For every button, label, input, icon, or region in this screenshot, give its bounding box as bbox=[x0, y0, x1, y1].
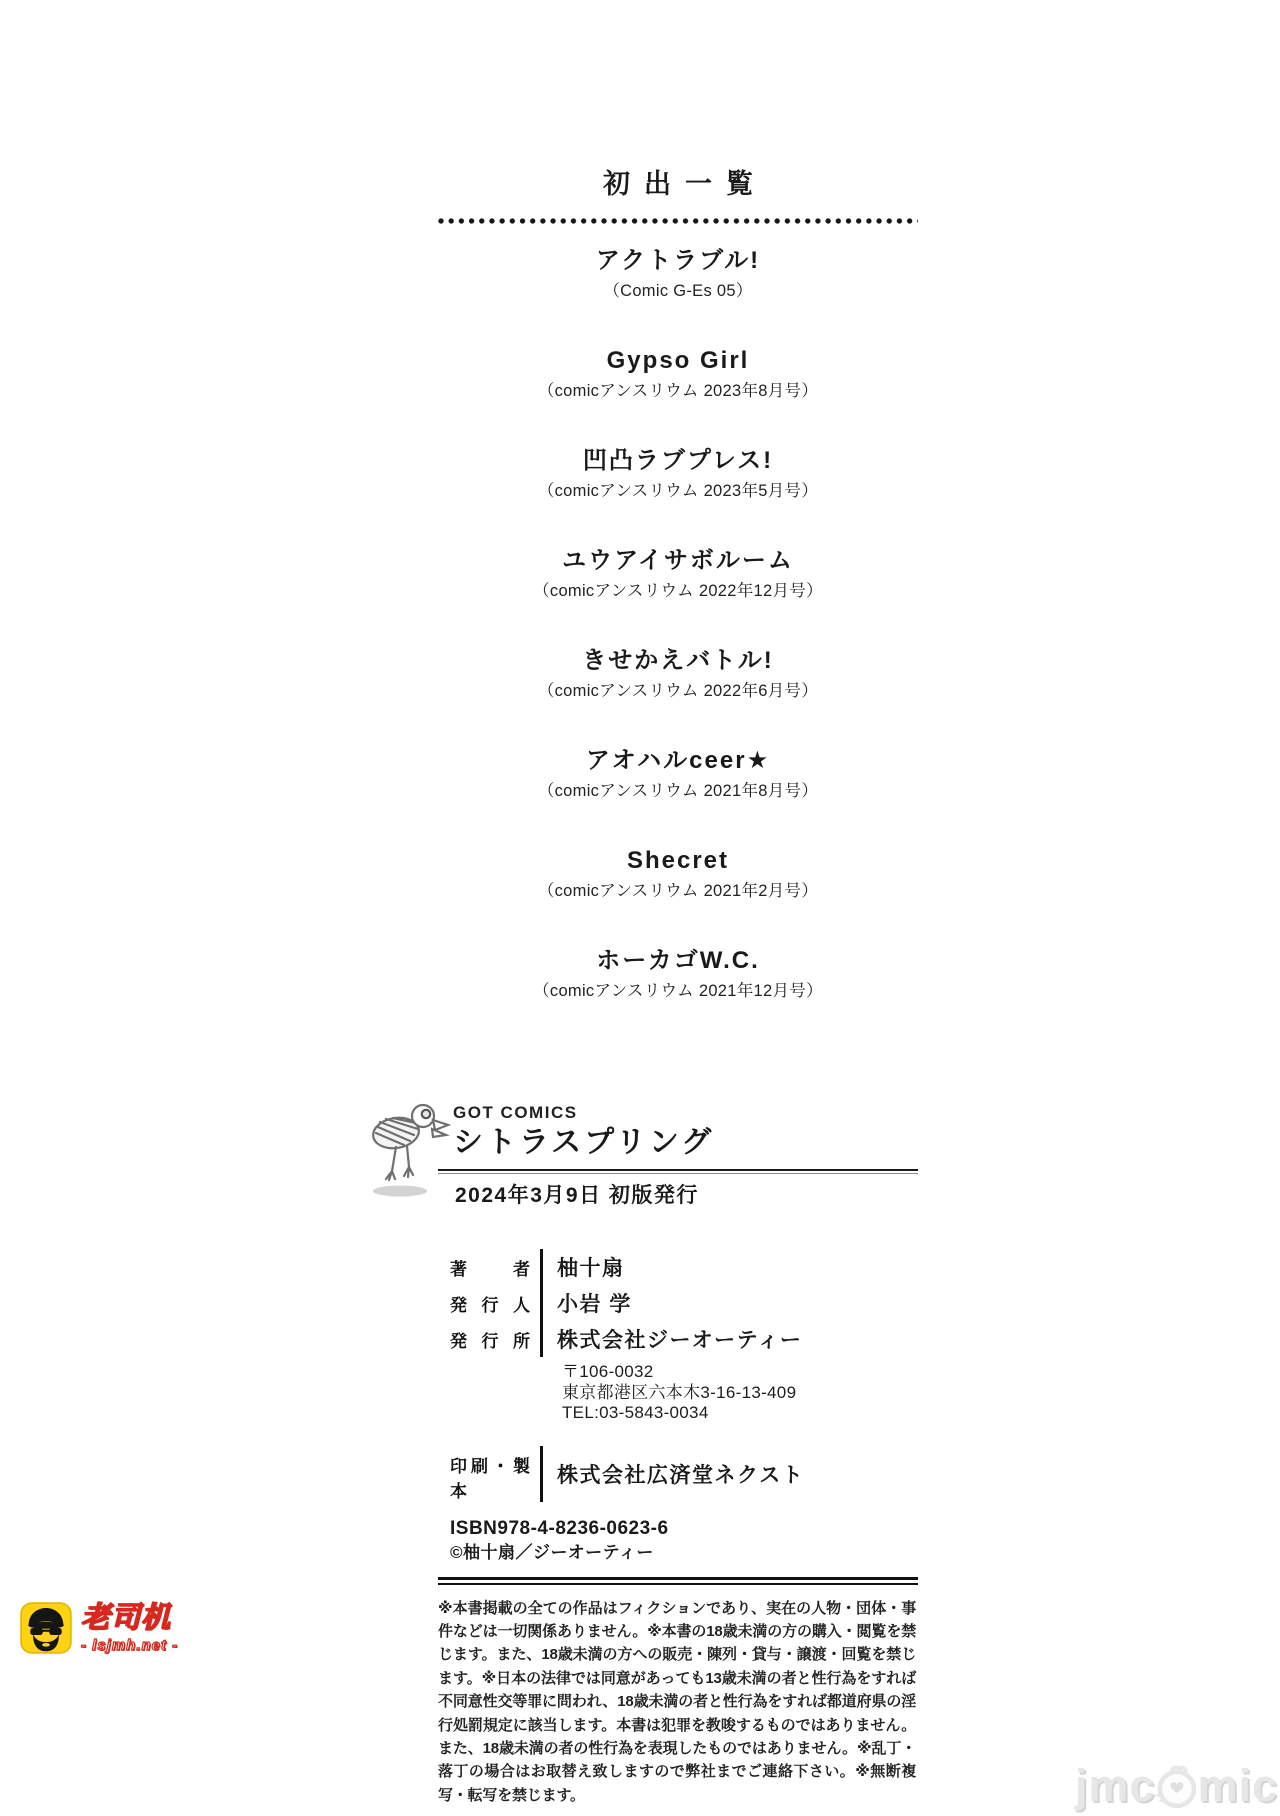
publisher-bird-icon bbox=[366, 1099, 452, 1203]
jmcomic-text-right: mic bbox=[1197, 1760, 1278, 1812]
credit-divider: 株式会社広済堂ネクスト bbox=[540, 1446, 804, 1502]
entry-title: Gypso Girl bbox=[438, 346, 918, 376]
credit-row-printer: 印刷・製本 株式会社広済堂ネクスト bbox=[450, 1446, 918, 1502]
credit-label: 著者 bbox=[450, 1249, 530, 1285]
entry-title: ホーカゴW.C. bbox=[438, 946, 918, 976]
double-rule bbox=[438, 1577, 918, 1585]
entry-source: （comicアンスリウム 2022年12月号） bbox=[438, 580, 918, 602]
entry-title: きせかえバトル! bbox=[438, 646, 918, 676]
entry-source: （comicアンスリウム 2021年12月号） bbox=[438, 980, 918, 1002]
credit-divider: 株式会社ジーオーティー bbox=[540, 1321, 802, 1357]
credit-row-author: 著者 柚十扇 bbox=[450, 1249, 918, 1285]
entry-source: （comicアンスリウム 2021年2月号） bbox=[438, 880, 918, 902]
credit-divider: 小岩 学 bbox=[540, 1285, 632, 1321]
credit-value: 株式会社広済堂ネクスト bbox=[557, 1459, 804, 1489]
disclaimer-text: ※本書掲載の全ての作品はフィクションであり、実在の人物・団体・事件などは一切関係… bbox=[438, 1597, 916, 1808]
colophon-header: GOT COMICS シトラスプリング bbox=[438, 1103, 918, 1161]
driver-face-icon bbox=[20, 1602, 72, 1654]
entry-source: （comicアンスリウム 2022年6月号） bbox=[438, 680, 918, 702]
lsjmh-brand-text: 老司机 bbox=[81, 1604, 178, 1633]
list-item: ユウアイサボルーム （comicアンスリウム 2022年12月号） bbox=[438, 546, 918, 602]
scanned-colophon-page: { "list": { "heading": "初出一覧", "entries"… bbox=[0, 0, 1280, 1816]
entry-source: （comicアンスリウム 2021年8月号） bbox=[438, 780, 918, 802]
isbn-number: ISBN978-4-8236-0623-6 bbox=[450, 1518, 918, 1540]
section-heading: 初出一覧 bbox=[438, 168, 918, 200]
credit-value: 株式会社ジーオーティー bbox=[557, 1324, 802, 1354]
jmcomic-text-left: jmc bbox=[1075, 1760, 1156, 1812]
watermark-lsjmh: 老司机 - lsjmh.net - bbox=[20, 1602, 178, 1654]
list-item: Shecret （comicアンスリウム 2021年2月号） bbox=[438, 846, 918, 902]
address-line: 東京都港区六本木3-16-13-409 bbox=[562, 1383, 918, 1404]
watermark-jmcomic: jmc mic bbox=[1075, 1760, 1278, 1812]
address-line: 〒106-0032 bbox=[562, 1362, 918, 1383]
print-date: 2024年3月9日 初版発行 bbox=[455, 1183, 918, 1209]
entry-title: Shecret bbox=[438, 846, 918, 876]
first-publication-list: 初出一覧 アクトラブル! （Comic G-Es 05） Gypso Girl … bbox=[438, 150, 918, 1046]
entry-title: アオハルceer★ bbox=[438, 746, 918, 776]
entry-list: アクトラブル! （Comic G-Es 05） Gypso Girl （comi… bbox=[438, 246, 918, 1002]
list-item: ホーカゴW.C. （comicアンスリウム 2021年12月号） bbox=[438, 946, 918, 1002]
copyright-line: ©柚十扇／ジーオーティー bbox=[450, 1542, 918, 1564]
title-rule bbox=[438, 1169, 918, 1174]
colophon: GOT COMICS シトラスプリング 2024年3月9日 初版発行 著者 柚十… bbox=[438, 1103, 918, 1816]
watermark-lsjmh-texts: 老司机 - lsjmh.net - bbox=[81, 1604, 178, 1653]
credits-table: 著者 柚十扇 発行人 小岩 学 発行所 株式会社ジーオーティー 〒106-003… bbox=[450, 1249, 918, 1502]
entry-title: アクトラブル! bbox=[438, 246, 918, 276]
credit-row-publisher-company: 発行所 株式会社ジーオーティー bbox=[450, 1321, 918, 1357]
imprint-label: GOT COMICS bbox=[453, 1103, 918, 1123]
credit-label: 印刷・製本 bbox=[450, 1446, 530, 1502]
jmcomic-bird-icon bbox=[1153, 1764, 1199, 1810]
entry-source: （comicアンスリウム 2023年8月号） bbox=[438, 380, 918, 402]
address-line: TEL:03-5843-0034 bbox=[562, 1403, 918, 1424]
list-item: アクトラブル! （Comic G-Es 05） bbox=[438, 246, 918, 302]
book-title: シトラスプリング bbox=[453, 1125, 918, 1161]
publisher-address: 〒106-0032 東京都港区六本木3-16-13-409 TEL:03-584… bbox=[562, 1362, 918, 1424]
list-item: アオハルceer★ （comicアンスリウム 2021年8月号） bbox=[438, 746, 918, 802]
credit-value: 小岩 学 bbox=[557, 1288, 632, 1318]
entry-source: （Comic G-Es 05） bbox=[438, 280, 918, 302]
credit-row-publisher-person: 発行人 小岩 学 bbox=[450, 1285, 918, 1321]
credit-divider: 柚十扇 bbox=[540, 1249, 625, 1285]
list-item: Gypso Girl （comicアンスリウム 2023年8月号） bbox=[438, 346, 918, 402]
entry-title: 凹凸ラブプレス! bbox=[438, 446, 918, 476]
dotted-divider bbox=[438, 218, 918, 224]
list-item: きせかえバトル! （comicアンスリウム 2022年6月号） bbox=[438, 646, 918, 702]
credit-label: 発行所 bbox=[450, 1321, 530, 1357]
credit-value: 柚十扇 bbox=[557, 1252, 625, 1282]
entry-title: ユウアイサボルーム bbox=[438, 546, 918, 576]
lsjmh-site-text: - lsjmh.net - bbox=[81, 1638, 178, 1653]
entry-source: （comicアンスリウム 2023年5月号） bbox=[438, 480, 918, 502]
credit-label: 発行人 bbox=[450, 1285, 530, 1321]
list-item: 凹凸ラブプレス! （comicアンスリウム 2023年5月号） bbox=[438, 446, 918, 502]
